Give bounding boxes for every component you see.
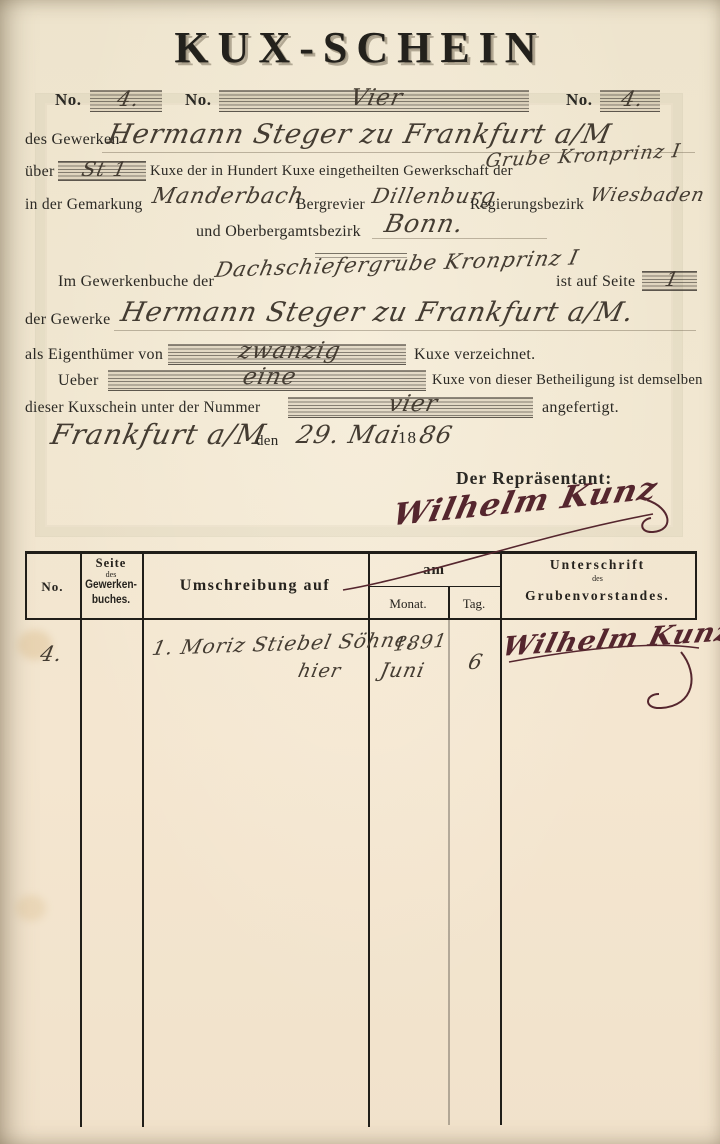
verzeichnet-label: Kuxe verzeichnet. bbox=[414, 346, 535, 364]
writing-line bbox=[372, 218, 547, 239]
nummer-field: vier bbox=[288, 397, 533, 418]
row-monat: Juni bbox=[378, 658, 427, 682]
header-seite-line4: buches. bbox=[84, 594, 139, 606]
row-umschreibung-line1: 1. Moriz Stiebel Söhne, bbox=[150, 627, 418, 660]
seite-label: ist auf Seite bbox=[556, 273, 635, 291]
ueber-text: Kuxe der in Hundert Kuxe eingetheilten G… bbox=[150, 163, 513, 180]
date-value: 29. Mai bbox=[294, 420, 403, 449]
kuxe-count-field: St 1 bbox=[58, 161, 146, 181]
seite-field: 1 bbox=[642, 271, 697, 291]
no-field-right: 4. bbox=[600, 90, 660, 112]
no-field-center: Vier bbox=[219, 90, 529, 112]
ueber-count-field: eine bbox=[108, 370, 426, 391]
row-tag: 6 bbox=[466, 650, 485, 674]
header-monat: Monat. bbox=[368, 596, 448, 612]
row-signature: Wilhelm Kunz bbox=[503, 622, 713, 732]
gewerke-label-2: der Gewerke bbox=[25, 311, 110, 329]
date-place: Frankfurt a/M bbox=[48, 418, 269, 451]
row-no: 4. bbox=[38, 642, 65, 666]
row-umschreibung-line2: hier bbox=[296, 660, 343, 682]
angefertigt-label: angefertigt. bbox=[542, 399, 619, 417]
eigenthuemer-label: als Eigenthümer von bbox=[25, 346, 163, 364]
regierungsbezirk-label: Regierungsbezirk bbox=[470, 196, 584, 214]
gemarkung-label: in der Gemarkung bbox=[25, 196, 143, 214]
seite-value: 1 bbox=[642, 267, 702, 291]
representative-signature: Wilhelm Kunz bbox=[335, 478, 695, 598]
header-no: No. bbox=[25, 579, 80, 595]
den-label: den bbox=[256, 433, 279, 450]
bergrevier-label: Bergrevier bbox=[296, 196, 365, 214]
nummer-value: vier bbox=[288, 391, 539, 417]
writing-line bbox=[114, 307, 696, 331]
eigenthuemer-value: zwanzig bbox=[168, 338, 412, 364]
header-seite-line1: Seite bbox=[80, 556, 142, 571]
kuxe-count-value: St 1 bbox=[58, 157, 151, 181]
table-border-right bbox=[695, 551, 697, 620]
no-field-left: 4. bbox=[90, 90, 162, 112]
no-value-center: Vier bbox=[219, 85, 535, 111]
oberbergamt-label: und Oberbergamtsbezirk bbox=[196, 223, 361, 241]
ueber-label-2: Ueber bbox=[58, 372, 99, 390]
ueber-count-value: eine bbox=[108, 364, 432, 390]
kux-schein-certificate: KUX-SCHEIN No. 4. No. Vier No. 4. des Ge… bbox=[0, 0, 720, 1144]
no-label-left: No. bbox=[55, 90, 82, 110]
no-label-center: No. bbox=[185, 90, 212, 110]
eigenthuemer-field: zwanzig bbox=[168, 344, 406, 365]
table-row: 4. 1. Moriz Stiebel Söhne, hier 1891 Jun… bbox=[0, 620, 720, 740]
nummer-label: dieser Kuxschein unter der Nummer bbox=[25, 399, 260, 417]
header-seite-line3: Gewerken- bbox=[84, 579, 139, 591]
paper-stain bbox=[16, 895, 46, 921]
page-title: KUX-SCHEIN bbox=[0, 22, 720, 73]
year-hand: 86 bbox=[417, 421, 455, 449]
regierungsbezirk-value: Wiesbaden bbox=[588, 184, 707, 206]
ueber-label: über bbox=[25, 163, 55, 181]
no-value-right: 4. bbox=[600, 87, 665, 111]
no-label-right: No. bbox=[566, 90, 593, 110]
header-tag: Tag. bbox=[448, 596, 500, 612]
row-jahr: 1891 bbox=[392, 630, 449, 656]
year-printed: 18 bbox=[398, 428, 417, 448]
no-value-left: 4. bbox=[90, 87, 167, 111]
gewerkenbuch-label: Im Gewerkenbuche der bbox=[58, 273, 214, 291]
gemarkung-value: Manderbach bbox=[150, 184, 306, 209]
header-seite-line2: des bbox=[80, 570, 142, 579]
betheiligung-text: Kuxe von dieser Betheiligung ist demselb… bbox=[432, 372, 703, 389]
